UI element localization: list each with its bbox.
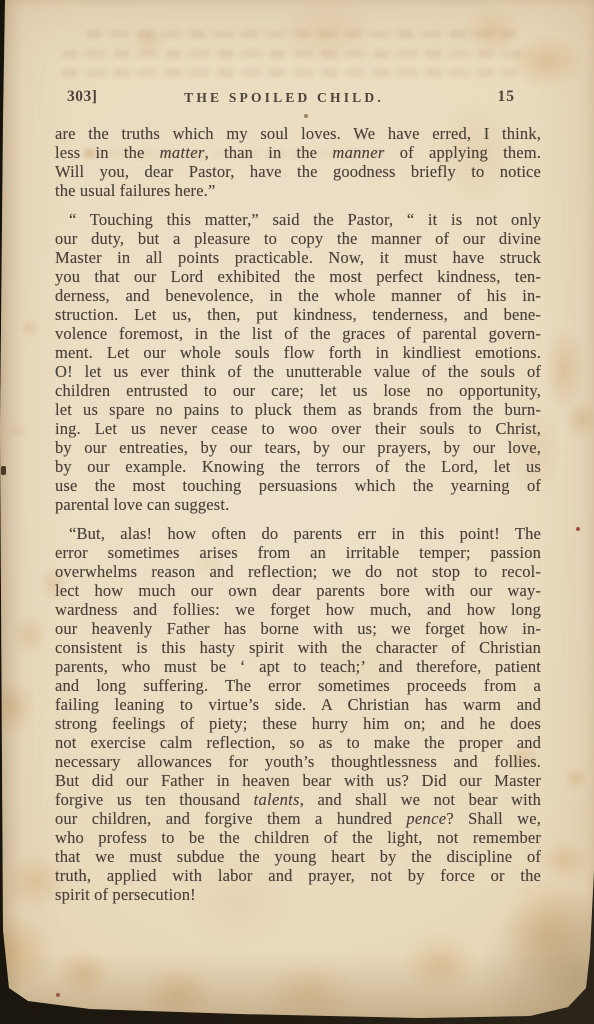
text-line: children entrusted to our care; let us l… <box>55 381 541 400</box>
text-line: lect how much our own dear parents bore … <box>55 581 541 600</box>
text-line: forgive us ten thousand talents, and sha… <box>55 790 541 809</box>
text-line: volence foremost, in the list of the gra… <box>55 324 541 343</box>
text-line: let us spare no pains to pluck them as b… <box>55 400 541 419</box>
text-line: “ Touching this matter,” said the Pastor… <box>55 210 541 229</box>
text-line: spirit of persecution! <box>55 885 541 904</box>
text-line: parents, who must be ‘ apt to teach;’ an… <box>55 657 541 676</box>
running-title: THE SPOILED CHILD. <box>184 90 384 106</box>
text-line: ing. Let us never cease to woo over thei… <box>55 419 541 438</box>
text-line: not exercise calm reflection, so as to m… <box>55 733 541 752</box>
red-speck <box>576 527 580 531</box>
paragraph: “But, alas! how often do parents err in … <box>55 524 541 904</box>
text-line: O! let us ever think of the unutterable … <box>55 362 541 381</box>
text-line: wardness and follies: we forget how much… <box>55 600 541 619</box>
text-line: and long suffering. The error sometimes … <box>55 676 541 695</box>
text-line: our duty, but a pleasure to copy the man… <box>55 229 541 248</box>
book-photo: 303] THE SPOILED CHILD. 15 are the truth… <box>0 0 594 1024</box>
showthrough-line <box>62 50 532 58</box>
paragraph: “ Touching this matter,” said the Pastor… <box>55 210 541 514</box>
showthrough-line <box>62 69 517 77</box>
text-line: overwhelms reason and reflection; we do … <box>55 562 541 581</box>
text-line: truth, applied with labor and prayer, no… <box>55 866 541 885</box>
text-line: by our example. Knowing the terrors of t… <box>55 457 541 476</box>
text-line: Master in all points practicable. Now, i… <box>55 248 541 267</box>
text-line: who profess to be the children of the li… <box>55 828 541 847</box>
red-speck <box>56 993 60 997</box>
text-block: are the truths which my soul loves. We h… <box>55 124 541 904</box>
brown-speck <box>304 114 308 118</box>
text-line: strong feelings of piety; these hurry hi… <box>55 714 541 733</box>
text-line: failing leaning to virtue’s side. A Chri… <box>55 695 541 714</box>
text-line: are the truths which my soul loves. We h… <box>55 124 541 143</box>
text-line: use the most touching persuasions which … <box>55 476 541 495</box>
showthrough-line <box>86 30 516 38</box>
text-line: our heavenly Father has borne with us; w… <box>55 619 541 638</box>
text-line: But did our Father in heaven bear with u… <box>55 771 541 790</box>
text-line: parental love can suggest. <box>55 495 541 514</box>
text-line: consistent is this hasty spirit with the… <box>55 638 541 657</box>
text-line: the usual failures here.” <box>55 181 541 200</box>
text-line: necessary allowances for youth’s thought… <box>55 752 541 771</box>
page-number: 15 <box>498 88 516 106</box>
text-line: less in the matter, than in the manner o… <box>55 143 541 162</box>
ink-speck <box>1 466 6 475</box>
paragraph: are the truths which my soul loves. We h… <box>55 124 541 200</box>
text-line: derness, and benevolence, in the whole m… <box>55 286 541 305</box>
signature-mark: 303] <box>67 88 97 106</box>
text-line: that we must subdue the young heart by t… <box>55 847 541 866</box>
text-line: struction. Let us, then, put kindness, t… <box>55 305 541 324</box>
text-line: error sometimes arises from an irritable… <box>55 543 541 562</box>
text-line: Will you, dear Pastor, have the goodness… <box>55 162 541 181</box>
book-page: 303] THE SPOILED CHILD. 15 are the truth… <box>0 0 594 1024</box>
text-line: by our entreaties, by our tears, by our … <box>55 438 541 457</box>
text-line: our children, and forgive them a hundred… <box>55 809 541 828</box>
text-line: you that our Lord exhibited the most per… <box>55 267 541 286</box>
text-line: “But, alas! how often do parents err in … <box>55 524 541 543</box>
running-header: 303] THE SPOILED CHILD. 15 <box>55 88 541 110</box>
text-line: ment. Let our whole souls flow forth in … <box>55 343 541 362</box>
